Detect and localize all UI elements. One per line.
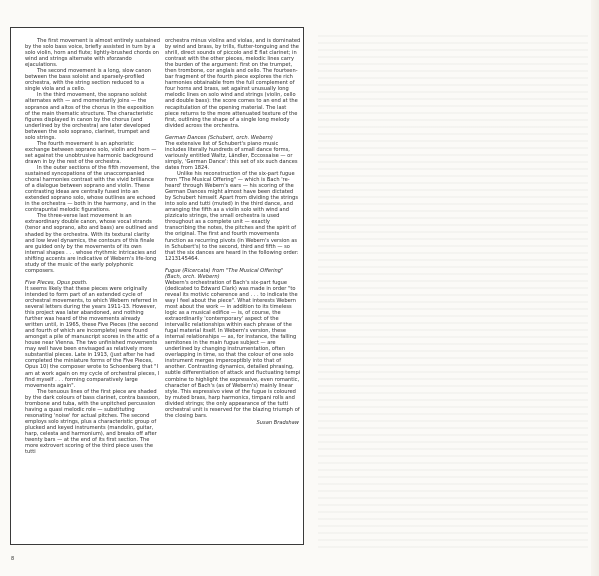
paragraph-first-movement: The first movement is almost entirely su…: [25, 38, 160, 68]
paragraph-fugue: Webern's orchestration of Bach's six-par…: [165, 280, 301, 419]
author-signature: Susan Bradshaw: [165, 420, 301, 426]
section-title-fugue: Fugue (Ricercata) from "The Musical Offe…: [165, 268, 301, 274]
page-edge: [591, 0, 599, 576]
paragraph-five-pieces-intro: It seems likely that these pieces were o…: [25, 286, 160, 389]
right-column: orchestra minus violins and violas, and …: [165, 38, 301, 426]
paragraph-fifth-movement: In the outer sections of the fifth movem…: [25, 165, 160, 213]
liner-notes-frame: The first movement is almost entirely su…: [10, 27, 304, 545]
left-column: The first movement is almost entirely su…: [25, 38, 160, 455]
page-number: 8: [11, 556, 14, 562]
paragraph-five-pieces-scoring: The tenuous lines of the first piece are…: [25, 389, 160, 456]
paragraph-second-movement: The second movement is a long, slow cano…: [25, 68, 160, 92]
paragraph-fourth-movement: The fourth movement is an aphoristic exc…: [25, 141, 160, 165]
paragraph-five-pieces-continued: orchestra minus violins and violas, and …: [165, 38, 301, 129]
paragraph-last-movement: The three-verse last movement is an extr…: [25, 213, 160, 273]
paragraph-german-dances-intro: The extensive list of Schubert's piano m…: [165, 141, 301, 171]
paragraph-german-dances-scoring: Unlike his reconstruction of the six-par…: [165, 171, 301, 262]
paragraph-third-movement: In the third movement, the soprano soloi…: [25, 92, 160, 140]
reverse-page-show-through: [318, 30, 588, 550]
